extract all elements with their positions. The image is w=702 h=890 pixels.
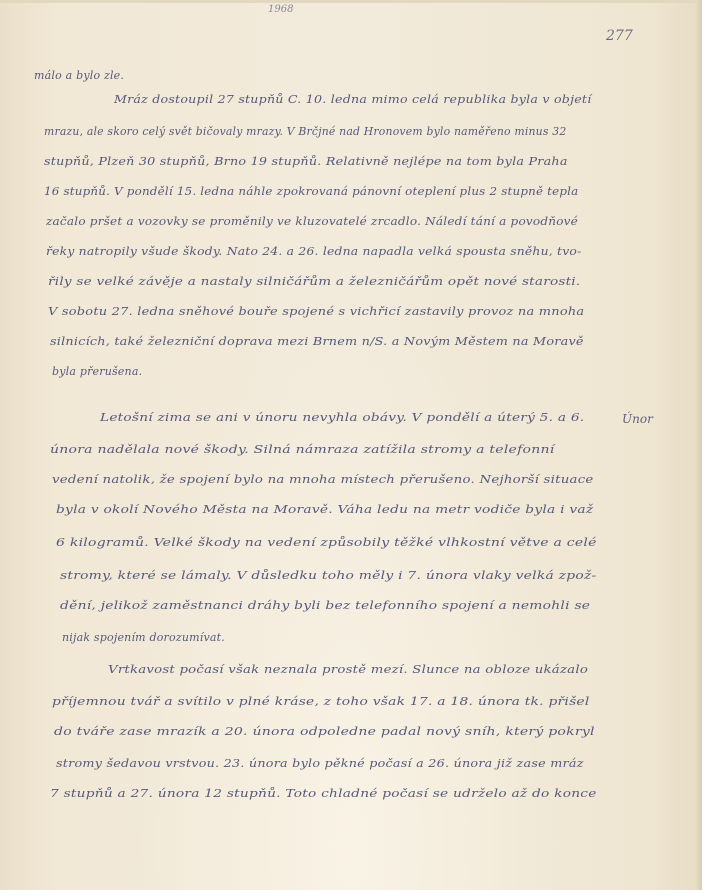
header-year: 1968: [268, 4, 293, 15]
text-line: začalo pršet a vozovky se proměnily ve k…: [46, 215, 578, 228]
text-line: stupňů, Plzeň 30 stupňů, Brno 19 stupňů.…: [44, 155, 568, 168]
text-line: stromy, které se lámaly. V důsledku toho…: [60, 569, 596, 582]
text-line: 7 stupňů a 27. února 12 stupňů. Toto chl…: [50, 787, 597, 800]
text-line: příjemnou tvář a svítilo v plné kráse, z…: [52, 695, 590, 708]
text-line: dění, jelikož zaměstnanci dráhy byli bez…: [60, 599, 590, 612]
text-line: vedení natolik, že spojení bylo na mnoha…: [52, 473, 594, 486]
text-line: mrazu, ale skoro celý svět bičovaly mraz…: [44, 125, 566, 138]
text-line: málo a bylo zle.: [34, 69, 124, 82]
text-line: řily se velké závěje a nastaly silničářů…: [48, 275, 580, 288]
text-line: řeky natropily všude škody. Nato 24. a 2…: [46, 245, 581, 258]
text-line: byla přerušena.: [52, 365, 142, 378]
page-number: 277: [606, 28, 633, 44]
page-top-edge: [0, 0, 702, 3]
text-line: Vrtkavost počasí však neznala prostě mez…: [108, 663, 588, 676]
text-line: 16 stupňů. V pondělí 15. ledna náhle zpo…: [44, 185, 578, 198]
text-line: stromy šedavou vrstvou. 23. února bylo p…: [56, 757, 584, 770]
text-line: února nadělala nové škody. Silná námraza…: [50, 443, 555, 456]
text-line: silnicích, také železniční doprava mezi …: [50, 335, 584, 348]
text-line: V sobotu 27. ledna sněhové bouře spojené…: [48, 305, 584, 318]
margin-note-month: Únor: [622, 412, 653, 426]
text-line: do tváře zase mrazík a 20. února odpoled…: [54, 725, 595, 738]
text-line: byla v okolí Nového Města na Moravě. Váh…: [56, 503, 593, 516]
text-line: Letošní zima se ani v únoru nevyhla obáv…: [100, 411, 584, 424]
text-line: 6 kilogramů. Velké škody na vedení způso…: [56, 536, 597, 549]
text-line: Mráz dostoupil 27 stupňů C. 10. ledna mi…: [114, 93, 591, 106]
text-line: nijak spojením dorozumívat.: [62, 631, 225, 644]
page-right-edge: [696, 0, 702, 890]
